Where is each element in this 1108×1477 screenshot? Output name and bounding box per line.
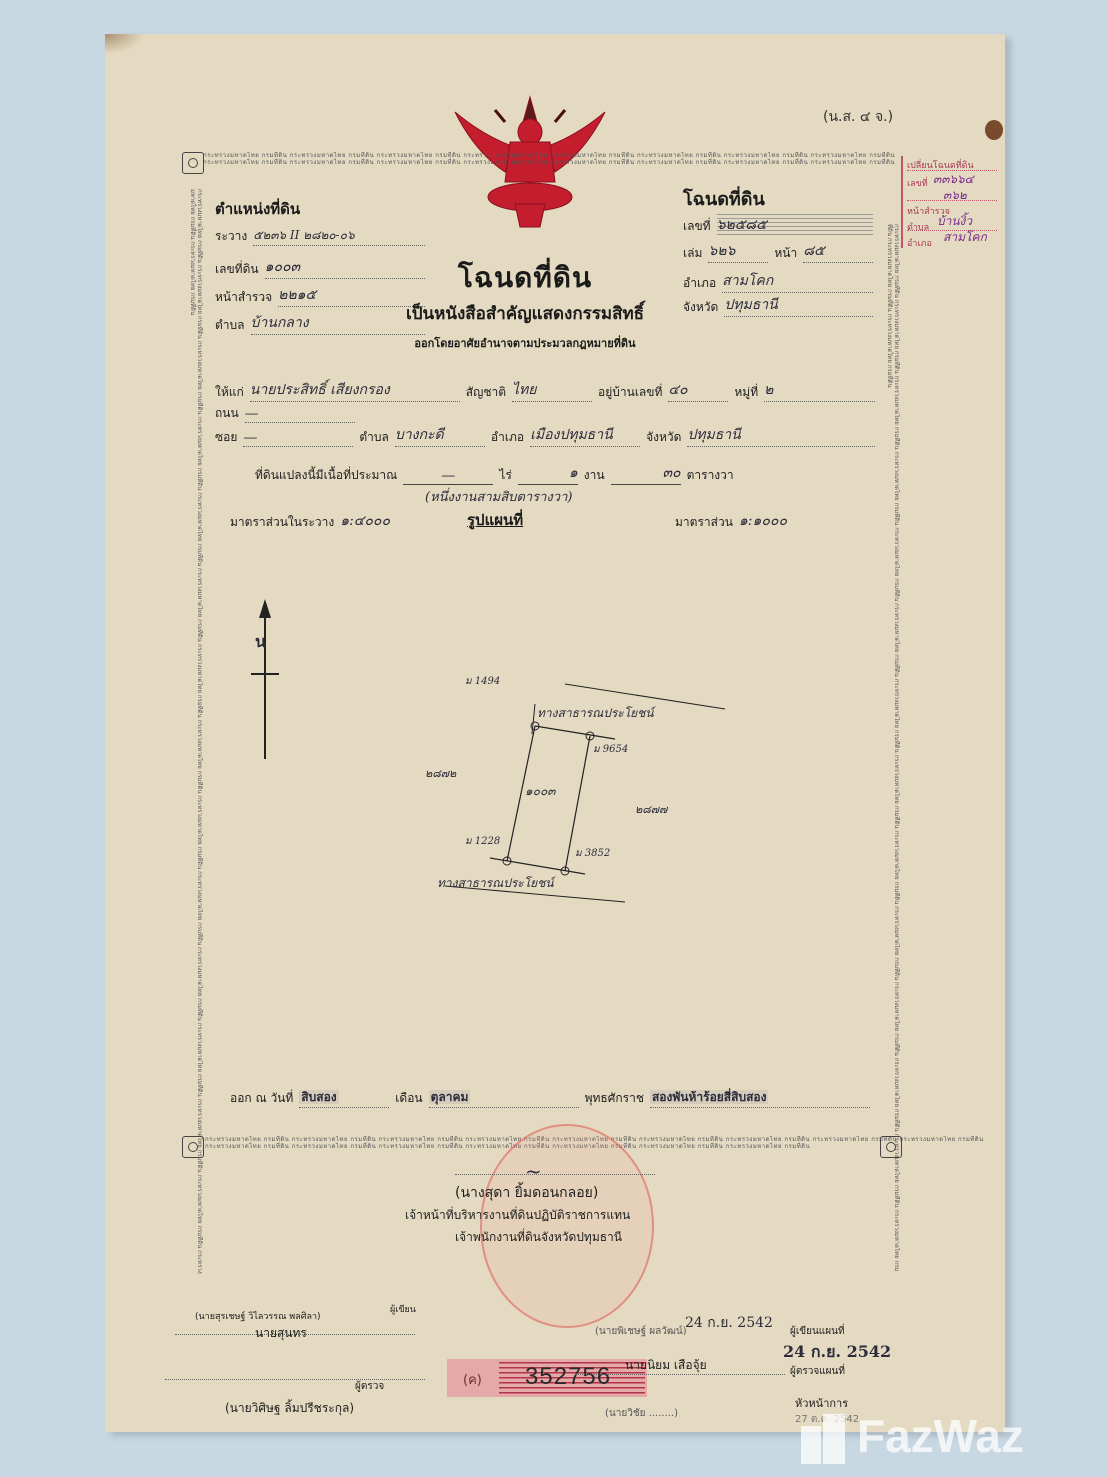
fazwaz-logo-icon — [795, 1408, 851, 1464]
officer-office: เจ้าพนักงานที่ดินจังหวัดปทุมธานี — [455, 1228, 622, 1247]
address-line: ซอย — ตำบล บางกะดี อำเภอ เมืองปทุมธานี จ… — [215, 424, 875, 447]
issue-date-line: ออก ณ วันที่ สิบสอง เดือน ตุลาคม พุทธศัก… — [230, 1086, 870, 1108]
checker-role: ผู้ตรวจ — [355, 1379, 384, 1394]
officer-name: (นางสุดา ยิ้มดอนกลอย) — [455, 1182, 598, 1204]
officer-signature: ~ — [525, 1159, 542, 1183]
map-checker-date: 24 ก.ย. 2542 — [783, 1340, 891, 1365]
field-book-page: เล่ม ๖๒๖ หน้า ๘๕ — [683, 240, 873, 263]
map-writer-date: 24 ก.ย. 2542 — [685, 1312, 773, 1334]
issuing-authority: ออกโดยอาศัยอำนาจตามประมวลกฎหมายที่ดิน — [355, 334, 695, 352]
plan-scale: มาตราส่วน ๑:๑๐๐๐ — [675, 510, 787, 532]
document-subtitle: เป็นหนังสือสำคัญแสดงกรรมสิทธิ์ — [360, 300, 690, 327]
corner-ornament-icon — [182, 152, 204, 174]
document-title: โฉนดที่ดิน — [400, 256, 650, 300]
map-title: รูปแผนที่ — [467, 508, 523, 532]
official-red-seal — [480, 1124, 654, 1328]
deed-change-stamp: เปลี่ยนโฉนดที่ดิน เลขที่ ๓๓๖๖๔ ๓๖๒ หน้าส… — [901, 156, 999, 248]
map-writer-role: ผู้เขียนแผนที่ — [790, 1324, 845, 1339]
supervisor-name: (นายวิศิษฐ ลิ้มปรีชระกุล) — [225, 1399, 354, 1418]
field-land-number: เลขที่ดิน ๑๐๐๓ — [215, 256, 425, 279]
corner-ornament-icon — [880, 1136, 902, 1158]
border-pattern-left: กระทรวงมหาดไทย กรมที่ดิน กระทรวงมหาดไทย … — [183, 189, 203, 1274]
parcel-map: ทางสาธารณประโยชน์ ม 1494 ม 9654 ๒๘๗๒ ๑๐๐… — [425, 674, 745, 904]
land-position-heading: ตำแหน่งที่ดิน — [215, 197, 300, 221]
checker-name: นายสุนทร — [255, 1324, 307, 1343]
area-line: ที่ดินแปลงนี้มีเนื้อที่ประมาณ — ไร่ ๑ งา… — [255, 462, 815, 485]
border-pattern-top: กระทรวงมหาดไทย กรมที่ดิน กระทรวงมหาดไทย … — [203, 152, 903, 186]
deed-info-heading: โฉนดที่ดิน — [683, 184, 765, 213]
field-rawang: ระวาง ๕๒๓๖ II ๒๘๒๐-๐๖ — [215, 226, 425, 246]
map-checker-role: ผู้ตรวจแผนที่ — [790, 1364, 845, 1379]
map-checker-name: นายนิยม เสือจุ้ย — [625, 1356, 707, 1375]
corner-ornament-icon — [182, 1136, 204, 1158]
map-writer-name: (นายพิเชษฐ์ ผลวัฒน์) — [595, 1324, 687, 1339]
owner-line: ให้แก่ นายประสิทธิ์ เสียงกรอง สัญชาติ ไท… — [215, 379, 875, 402]
serial-number-box: (ค) 352756 — [447, 1359, 647, 1397]
paper-stain — [985, 120, 1003, 140]
form-code: (น.ส. ๔ จ.) — [823, 106, 893, 128]
fazwaz-watermark: FazWaz — [795, 1405, 1024, 1467]
road-line: ถนน — — [215, 404, 875, 423]
field-province: จังหวัด ปทุมธานี — [683, 294, 873, 317]
officer-title: เจ้าหน้าที่บริหารงานที่ดินปฏิบัติราชการแ… — [405, 1206, 630, 1225]
writer-name: (นายสุรเชษฐ์ วิไลวรรณ พลศิลา) — [195, 1309, 321, 1323]
writer-role: ผู้เขียน — [390, 1302, 416, 1316]
north-arrow-icon: น — [245, 594, 285, 764]
chief-name: (นายวิชัย ........) — [605, 1406, 678, 1421]
field-deed-number: เลขที่ ๖๒๕๘๕ — [683, 214, 873, 236]
area-in-words: (หนึ่งงานสามสิบตารางวา) — [425, 486, 572, 507]
land-title-deed: (น.ส. ๔ จ.) กระทรวงมหาดไทย กรมที่ดิน กระ… — [105, 34, 1005, 1432]
map-sheet-scale: มาตราส่วนในระวาง ๑:๔๐๐๐ — [230, 510, 390, 532]
field-amphoe: อำเภอ สามโคก — [683, 270, 873, 293]
serial-number: 352756 — [525, 1363, 611, 1391]
border-pattern-right: กระทรวงมหาดไทย กรมที่ดิน กระทรวงมหาดไทย … — [880, 224, 900, 1274]
